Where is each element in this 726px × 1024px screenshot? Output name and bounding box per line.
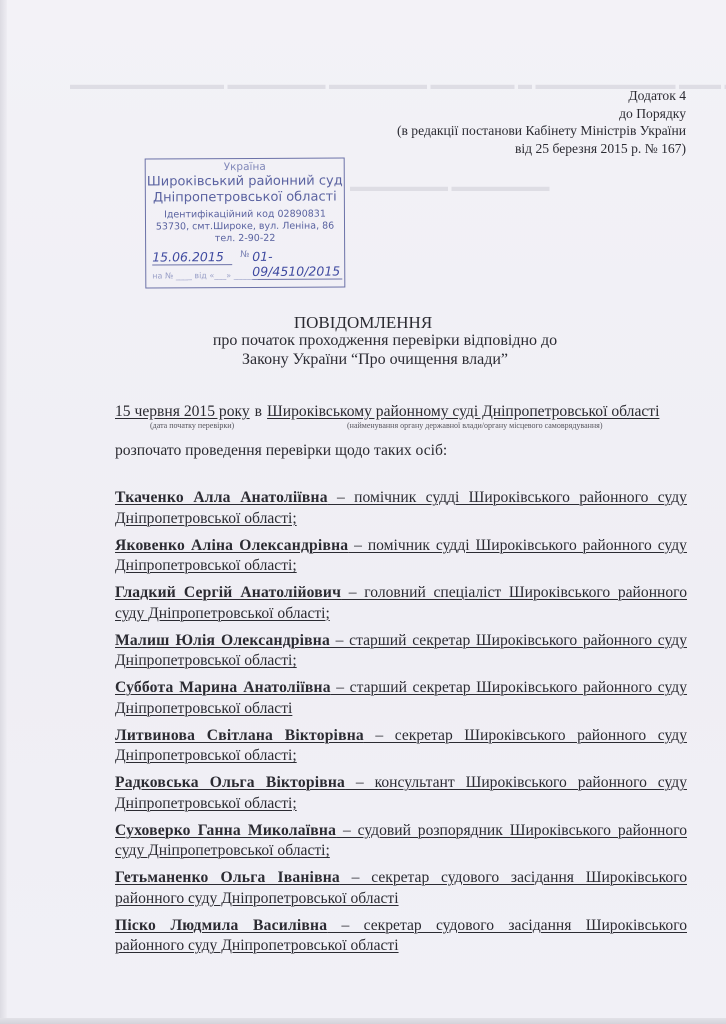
preposition: в	[255, 403, 262, 420]
person-name: Яковенко Аліна Олександрівна	[115, 537, 348, 554]
person-name: Гетьманенко Ольга Іванівна	[115, 869, 340, 886]
authority-name: Широківському районному суді Дніпропетро…	[267, 403, 659, 420]
document-subtitle: про початок проходження перевірки відпов…	[22, 332, 726, 350]
stamp-reg-date: 15.06.2015	[152, 249, 232, 265]
person-entry: Ткаченко Алла Анатоліївна – помічник суд…	[115, 488, 687, 529]
authority-caption: (найменування органу державної влади/орг…	[347, 421, 603, 430]
person-entry: Яковенко Аліна Олександрівна – помічник …	[115, 536, 687, 577]
check-start-date: 15 червня 2015 року	[115, 403, 250, 420]
person-entry: Гладкий Сергій Анатолійович – головний с…	[115, 583, 687, 624]
appendix-line: до Порядку	[397, 105, 686, 123]
person-entry: Піско Людмила Василівна – секретар судов…	[115, 916, 687, 957]
document-title: ПОВІДОМЛЕННЯ	[0, 313, 726, 333]
person-entry: Гетьманенко Ольга Іванівна – секретар су…	[115, 868, 687, 909]
stamp-court-name: Широківський районний суд	[146, 172, 344, 190]
document-page: ▬▬▬▬▬▬ ▬▬▬ ▬▬▬▬▬▬▬▬▬▬ ▬ ▬▬▬▬▬▬ ▬▬▬▬▬▬▬ ▬…	[0, 0, 726, 1024]
stamp-no-label: №	[240, 250, 249, 260]
person-name: Суббота Марина Анатоліївна	[115, 679, 331, 696]
bleed-through-text: ▬▬▬▬▬▬▬ ▬▬▬▬▬▬▬	[350, 180, 550, 196]
person-name: Ткаченко Алла Анатоліївна	[115, 489, 328, 506]
stamp-reg-number: 01-09/4510/2015	[252, 248, 342, 279]
intro-text: розпочато проведення перевірки щодо таки…	[115, 442, 447, 460]
person-name: Малиш Юлія Олександрівна	[115, 632, 330, 649]
scan-bottom-edge	[0, 1018, 726, 1024]
stamp-address: 53730, смт.Широке, вул. Леніна, 86	[146, 220, 344, 233]
scan-left-edge	[0, 0, 7, 1024]
stamp-court-region: Дніпропетровської області	[146, 189, 344, 206]
appendix-header: Додаток 4 до Порядку (в редакції постано…	[397, 87, 686, 157]
appendix-line: (в редакції постанови Кабінету Міністрів…	[397, 122, 686, 140]
stamp-registration-line: 15.06.2015 № 01-09/4510/2015	[152, 249, 340, 266]
person-name: Суховерко Ганна Миколаївна	[115, 822, 336, 839]
person-entry: Суховерко Ганна Миколаївна – судовий роз…	[115, 821, 687, 862]
court-registration-stamp: Україна Широківський районний суд Дніпро…	[145, 157, 346, 288]
persons-list: Ткаченко Алла Анатоліївна – помічник суд…	[115, 488, 687, 963]
person-entry: Малиш Юлія Олександрівна – старший секре…	[115, 631, 687, 672]
person-name: Піско Людмила Василівна	[115, 917, 327, 934]
stamp-incoming-line: на № ____ від «___» ______	[152, 271, 257, 281]
stamp-phone: тел. 2-90-22	[146, 232, 344, 245]
person-name: Радковська Ольга Вікторівна	[115, 774, 345, 791]
stamp-id-code: Ідентифікаційний код 02890831	[146, 208, 344, 221]
stamp-country: Україна	[146, 160, 344, 173]
person-name: Гладкий Сергій Анатолійович	[115, 584, 341, 601]
appendix-line: Додаток 4	[397, 87, 686, 105]
document-subtitle-law: Закону України “Про очищення влади”	[12, 351, 726, 369]
date-caption: (дата початку перевірки)	[150, 421, 234, 430]
appendix-line: від 25 березня 2015 р. № 167)	[397, 140, 686, 158]
person-name: Литвинова Світлана Вікторівна	[115, 727, 364, 744]
person-entry: Литвинова Світлана Вікторівна – секретар…	[115, 726, 687, 767]
check-start-line: 15 червня 2015 рокувШироківському районн…	[115, 403, 659, 421]
person-entry: Радковська Ольга Вікторівна – консультан…	[115, 773, 687, 814]
person-entry: Суббота Марина Анатоліївна – старший сек…	[115, 678, 687, 719]
